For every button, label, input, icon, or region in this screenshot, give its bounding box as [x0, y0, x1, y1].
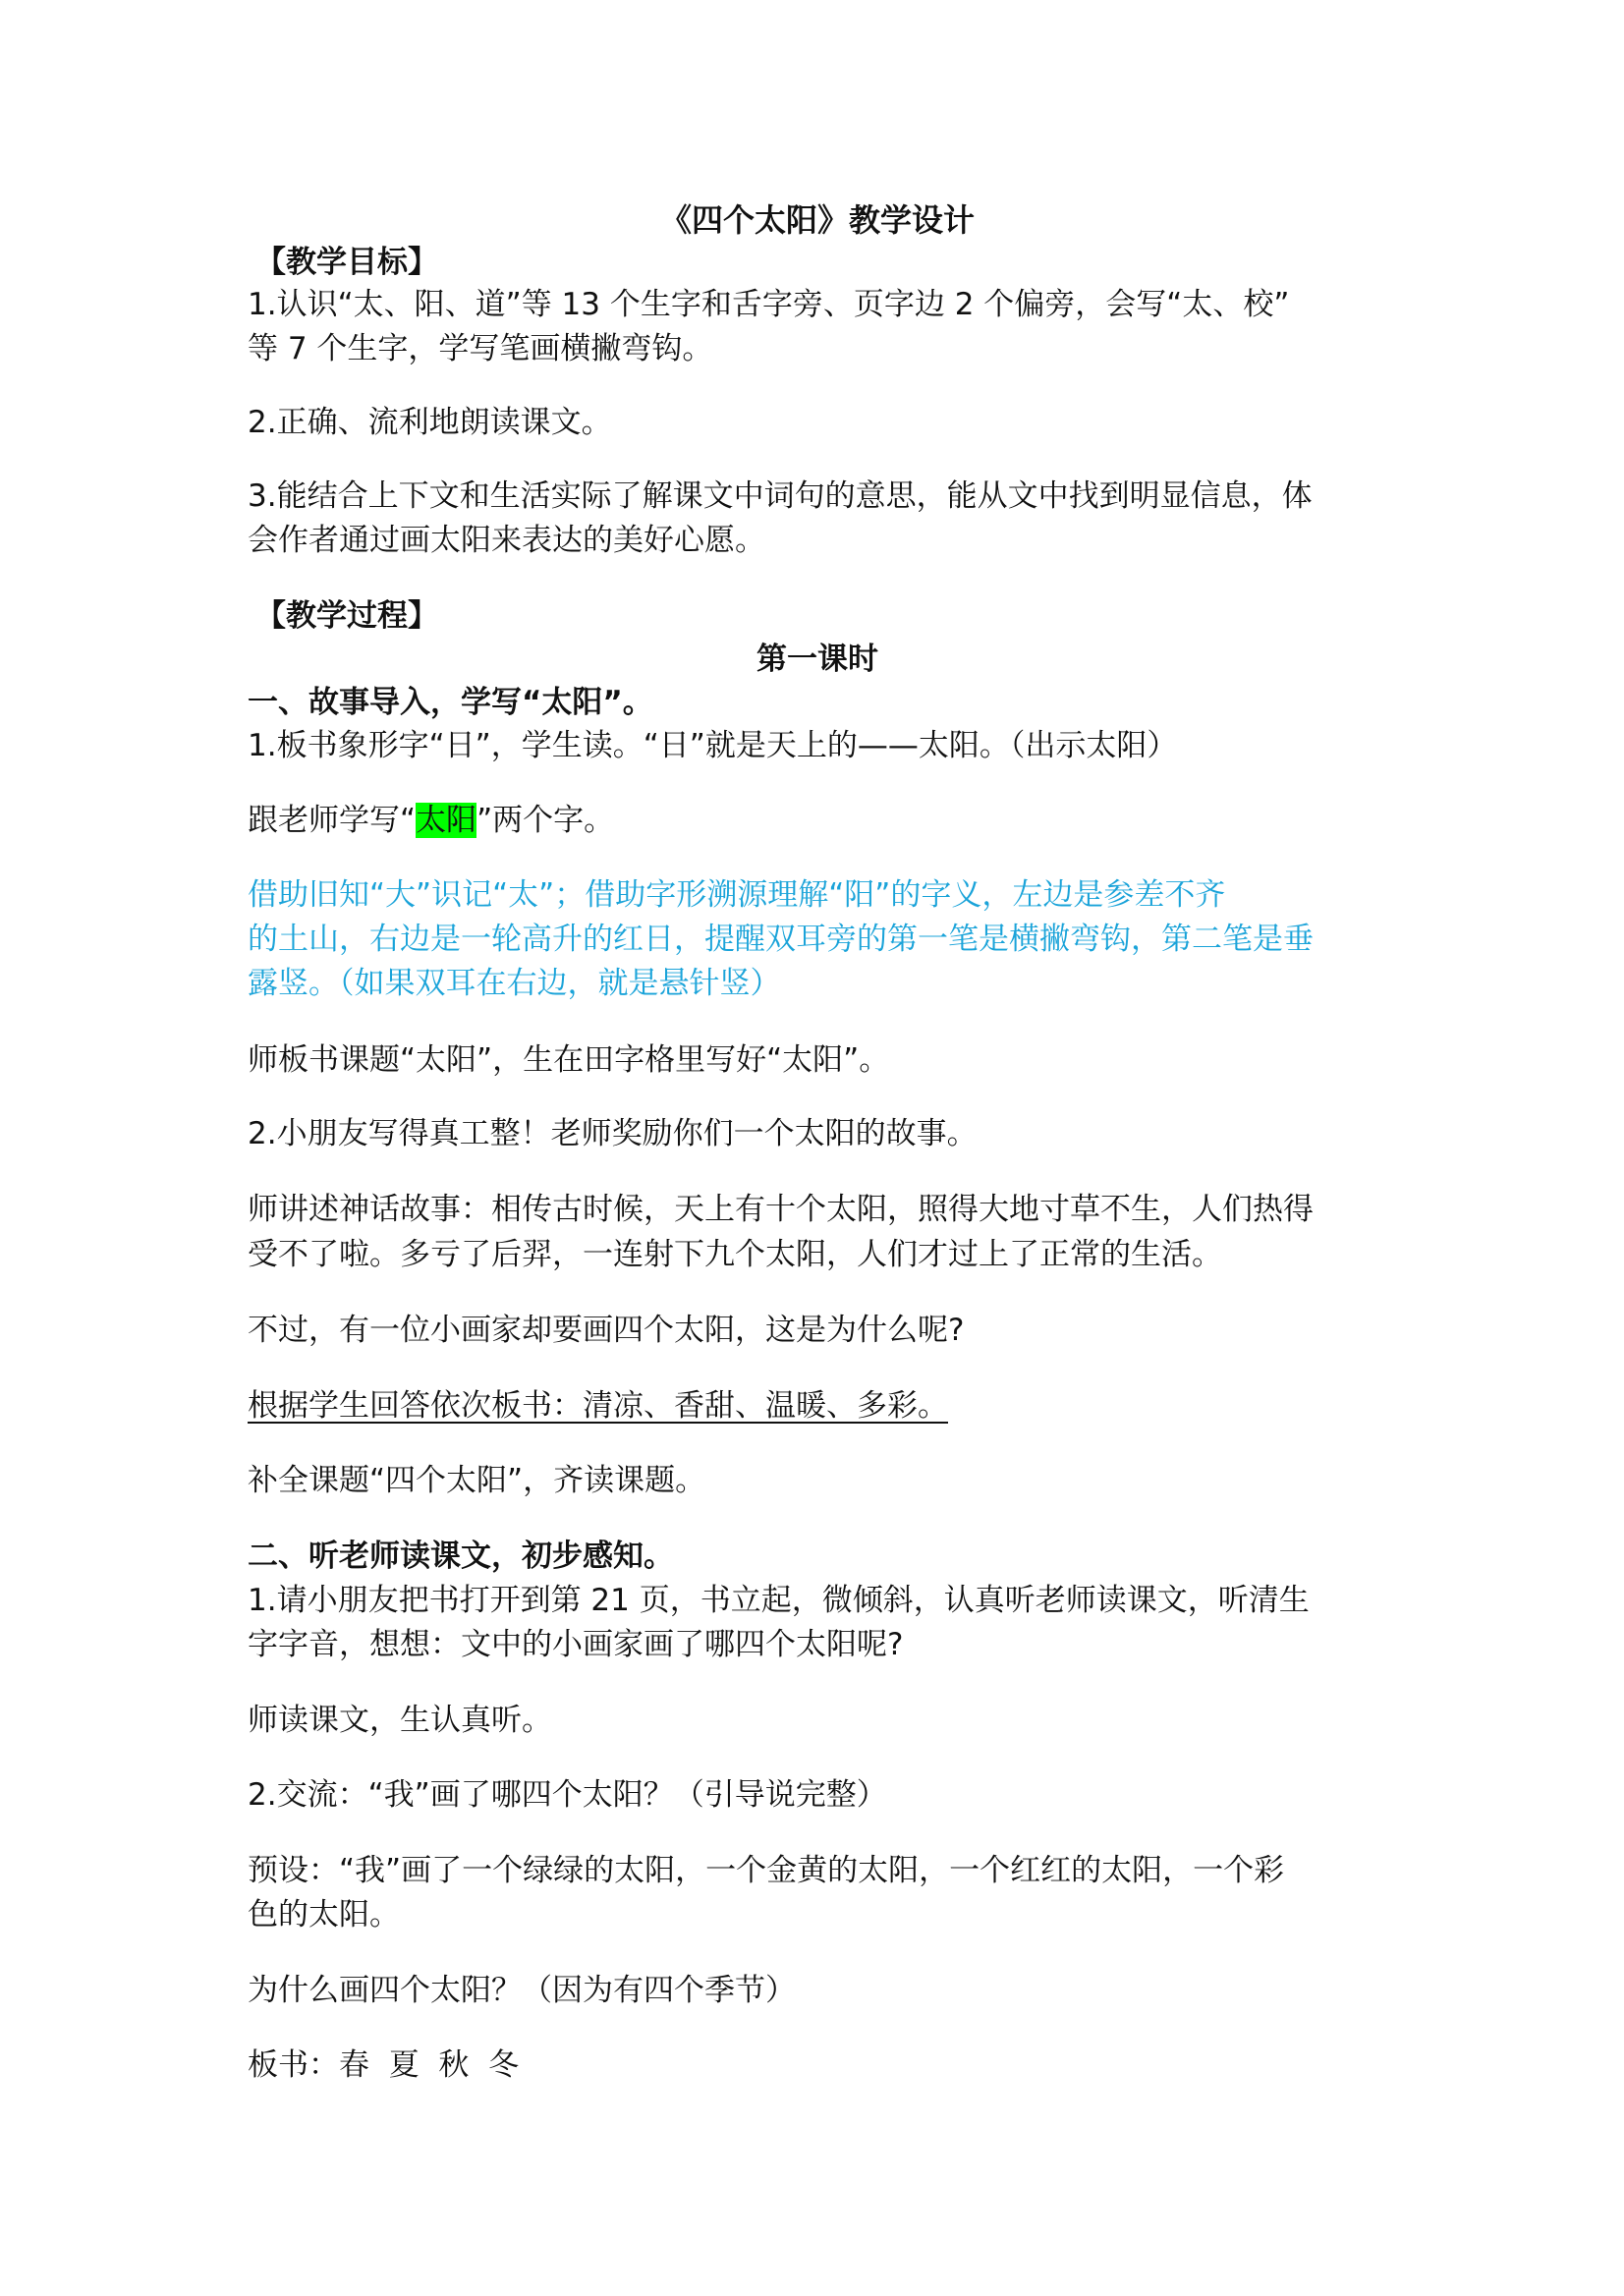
document-title: 《四个太阳》教学设计: [248, 198, 1387, 243]
teaching-note-line-1: 借助旧知“大”识记“太”；借助字形溯源理解“阳”的字义，左边是参差不齐: [248, 873, 1225, 918]
highlighted-text: 太阳: [416, 803, 476, 838]
section-2-p1-line-1: 1.请小朋友把书打开到第 21 页，书立起，微倾斜，认真听老师读课文，听清生: [248, 1579, 1310, 1623]
section-1-p8: 补全课题“四个太阳”，齐读课题。: [248, 1459, 705, 1503]
objective-1-line-2: 等 7 个生字，学写笔画横撇弯钩。: [248, 327, 712, 371]
p2-after: ”两个字。: [476, 803, 614, 838]
p2-before: 跟老师学写“: [248, 803, 416, 838]
section-1-p3: 师板书课题“太阳”，生在田字格里写好“太阳”。: [248, 1038, 889, 1083]
section-2-p6: 板书：春 夏 秋 冬: [248, 2044, 519, 2088]
objectives-heading: 【教学目标】: [255, 241, 438, 285]
section-1-p6: 不过，有一位小画家却要画四个太阳，这是为什么呢?: [248, 1309, 964, 1353]
objective-1-line-1: 1.认识“太、阳、道”等 13 个生字和舌字旁、页字边 2 个偏旁，会写“太、校…: [248, 283, 1289, 327]
process-heading: 【教学过程】: [255, 594, 438, 639]
section-2-p5: 为什么画四个太阳？（因为有四个季节）: [248, 1969, 796, 2013]
section-1-p4: 2.小朋友写得真工整！老师奖励你们一个太阳的故事。: [248, 1112, 978, 1156]
objective-3-line-2: 会作者通过画太阳来表达的美好心愿。: [248, 519, 765, 563]
section-2-p3: 2.交流：“我”画了哪四个太阳？（引导说完整）: [248, 1773, 887, 1818]
objective-3-line-1: 3.能结合上下文和生活实际了解课文中词句的意思，能从文中找到明显信息，体: [248, 475, 1313, 519]
section-2-p4-line-1: 预设：“我”画了一个绿绿的太阳，一个金黄的太阳，一个红红的太阳，一个彩: [248, 1849, 1284, 1893]
teaching-note-line-3: 露竖。（如果双耳在右边，就是悬针竖）: [248, 962, 781, 1006]
section-1-heading: 一、故事导入，学写“太阳”。: [248, 681, 653, 725]
section-1-p5-line-1: 师讲述神话故事：相传古时候，天上有十个太阳，照得大地寸草不生，人们热得: [248, 1188, 1314, 1232]
section-1-p7: 根据学生回答依次板书：清凉、香甜、温暖、多彩。: [248, 1384, 948, 1428]
objective-2: 2.正确、流利地朗读课文。: [248, 401, 612, 445]
lesson-title: 第一课时: [248, 638, 1387, 682]
section-2-heading: 二、听老师读课文，初步感知。: [248, 1535, 674, 1579]
teaching-note-line-2: 的土山，右边是一轮高升的红日，提醒双耳旁的第一笔是横撇弯钩，第二笔是垂: [248, 918, 1314, 962]
section-2-p1-line-2: 字字音，想想：文中的小画家画了哪四个太阳呢?: [248, 1623, 903, 1667]
section-2-p4-line-2: 色的太阳。: [248, 1893, 400, 1937]
section-2-p2: 师读课文，生认真听。: [248, 1699, 552, 1743]
section-1-p1: 1.板书象形字“日”，学生读。“日”就是天上的——太阳。（出示太阳）: [248, 724, 1177, 768]
section-1-p2: 跟老师学写“太阳”两个字。: [248, 799, 614, 843]
section-1-p5-line-2: 受不了啦。多亏了后羿，一连射下九个太阳，人们才过上了正常的生活。: [248, 1233, 1222, 1277]
